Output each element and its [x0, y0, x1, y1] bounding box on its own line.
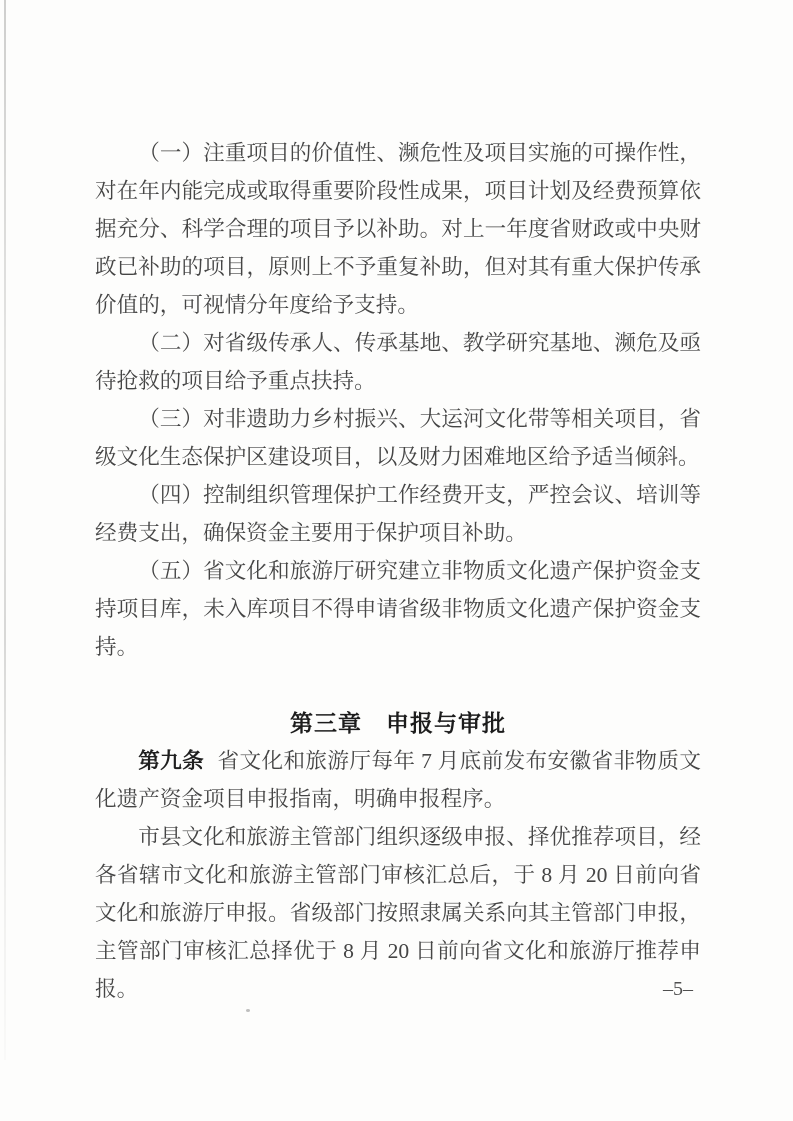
clause-paragraph-5: （五）省文化和旅游厅研究建立非物质文化遗产保护资金支持项目库，未入库项目不得申请… [95, 552, 701, 666]
scan-edge-artifact [4, 0, 6, 1060]
page-number: –5– [663, 978, 693, 1000]
document-body: （一）注重项目的价值性、濒危性及项目实施的可操作性，对在年内能完成或取得重要阶段… [95, 134, 701, 1008]
clause-paragraph-3: （三）对非遗助力乡村振兴、大运河文化带等相关项目，省级文化生态保护区建设项目，以… [95, 400, 701, 476]
chapter-heading: 第三章 申报与审批 [95, 704, 701, 742]
scanned-document-page: （一）注重项目的价值性、濒危性及项目实施的可操作性，对在年内能完成或取得重要阶段… [0, 0, 793, 1121]
clause-paragraph-1: （一）注重项目的价值性、濒危性及项目实施的可操作性，对在年内能完成或取得重要阶段… [95, 134, 701, 324]
scan-speck [246, 1009, 250, 1012]
article-number-label: 第九条 [138, 748, 204, 773]
clause-paragraph-4: （四）控制组织管理保护工作经费开支，严控会议、培训等经费支出，确保资金主要用于保… [95, 476, 701, 552]
article-paragraph: 第九条省文化和旅游厅每年 7 月底前发布安徽省非物质文化遗产资金项目申报指南，明… [95, 742, 701, 818]
clause-paragraph-2: （二）对省级传承人、传承基地、教学研究基地、濒危及亟待抢救的项目给予重点扶持。 [95, 324, 701, 400]
closing-paragraph: 市县文化和旅游主管部门组织逐级申报、择优推荐项目，经各省辖市文化和旅游主管部门审… [95, 818, 701, 1008]
